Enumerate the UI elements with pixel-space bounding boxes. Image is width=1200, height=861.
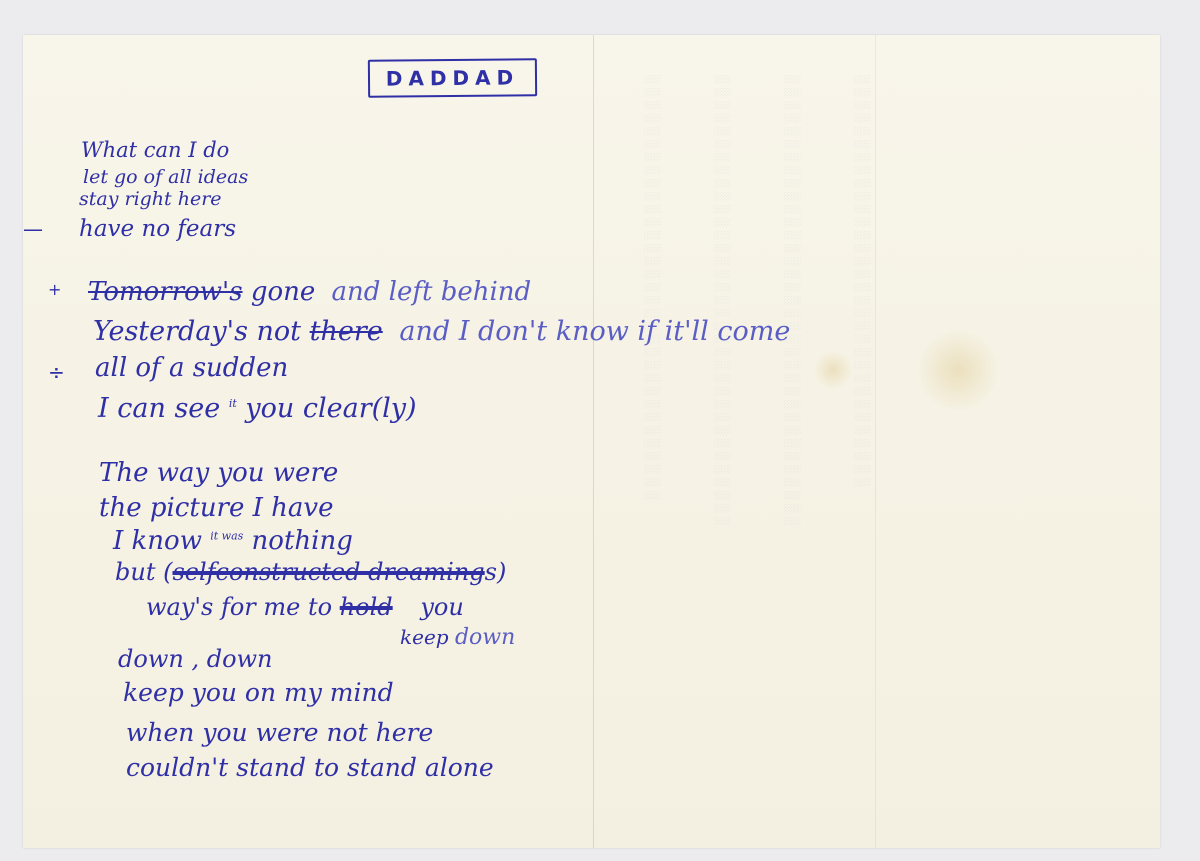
inserted-word: it [229, 397, 237, 410]
lyric-word: s) [485, 558, 507, 586]
lyric-line: I know it was nothing [113, 528, 353, 554]
lyric-line: The way you were [99, 460, 338, 486]
struck-phrase: selfconstructed dreaming [172, 558, 484, 586]
lyric-line: I can see it you clear(ly) [98, 395, 417, 422]
lyric-word: I know [113, 526, 202, 556]
lyric-line: let go of all ideas [83, 168, 248, 187]
margin-divide: ÷ [48, 360, 65, 384]
lyric-line: all of a sudden [95, 355, 288, 381]
lyric-line: keep you on my mind [123, 680, 394, 705]
struck-word: hold [340, 593, 393, 621]
manuscript-page: ░░░░░░░░░░░░░░░░░░░░░░░░░░░░░░░░░ ░░░░░░… [23, 35, 1160, 848]
lyric-addition: and I don't know if it'll come [399, 316, 790, 347]
lyric-line: down , down [118, 647, 273, 671]
inserted-word: it was [210, 529, 243, 542]
bleed-through-text: ░░░░░░░░░░░░░░░░░░░░░░░░░░░░░░░░░ [643, 75, 660, 725]
lyric-line: What can I do [81, 140, 229, 161]
lyric-line: the picture I have [99, 495, 334, 521]
lyric-word: Yesterday's not [93, 316, 301, 347]
lyric-addition: and left behind [332, 277, 532, 307]
margin-dash: — [23, 217, 43, 241]
paper-stain [918, 325, 998, 415]
bleed-through-text: ░░░░░░░░░░░░░░░░░░░░░░░░░░░░░░░░ [853, 75, 870, 715]
lyric-word: but ( [115, 558, 172, 586]
paper-crease [875, 35, 876, 848]
song-title: DADDAD [368, 58, 537, 97]
bleed-through-text: ░░░░░░░░░░░░░░░░░░░░░░░░░░░░░░░░░░░ [783, 75, 800, 775]
lyric-line: way's for me to hold you [146, 595, 464, 619]
lyric-word: I can see [98, 393, 220, 424]
struck-word: there [310, 316, 383, 347]
lyric-word: you [420, 593, 463, 621]
lyric-line: couldn't stand to stand alone [126, 755, 494, 780]
lyric-line: keep down [400, 627, 515, 649]
center-fold [593, 35, 594, 848]
lyric-word: way's for me to [146, 593, 332, 621]
lyric-line: when you were not here [126, 720, 433, 745]
lyric-addition: down [455, 625, 515, 650]
lyric-line: have no fears [79, 218, 236, 241]
lyric-word: gone [251, 277, 315, 307]
paper-stain [813, 350, 853, 390]
lyric-line: but (selfconstructed dreamings) [115, 560, 506, 584]
lyric-line: stay right here [79, 190, 222, 209]
bleed-through-text: ░░░░░░░░░░░░░░░░░░░░░░░░░░░░░░░░░░░ [713, 75, 730, 775]
struck-word: Tomorrow's [88, 277, 243, 307]
lyric-word: nothing [252, 526, 353, 556]
lyric-line: Tomorrow's gone and left behind [88, 279, 531, 305]
inserted-word: keep [400, 625, 449, 649]
margin-plus: + [48, 280, 61, 299]
lyric-word: you clear(ly) [245, 393, 416, 424]
lyric-line: Yesterday's not there and I don't know i… [93, 318, 790, 345]
